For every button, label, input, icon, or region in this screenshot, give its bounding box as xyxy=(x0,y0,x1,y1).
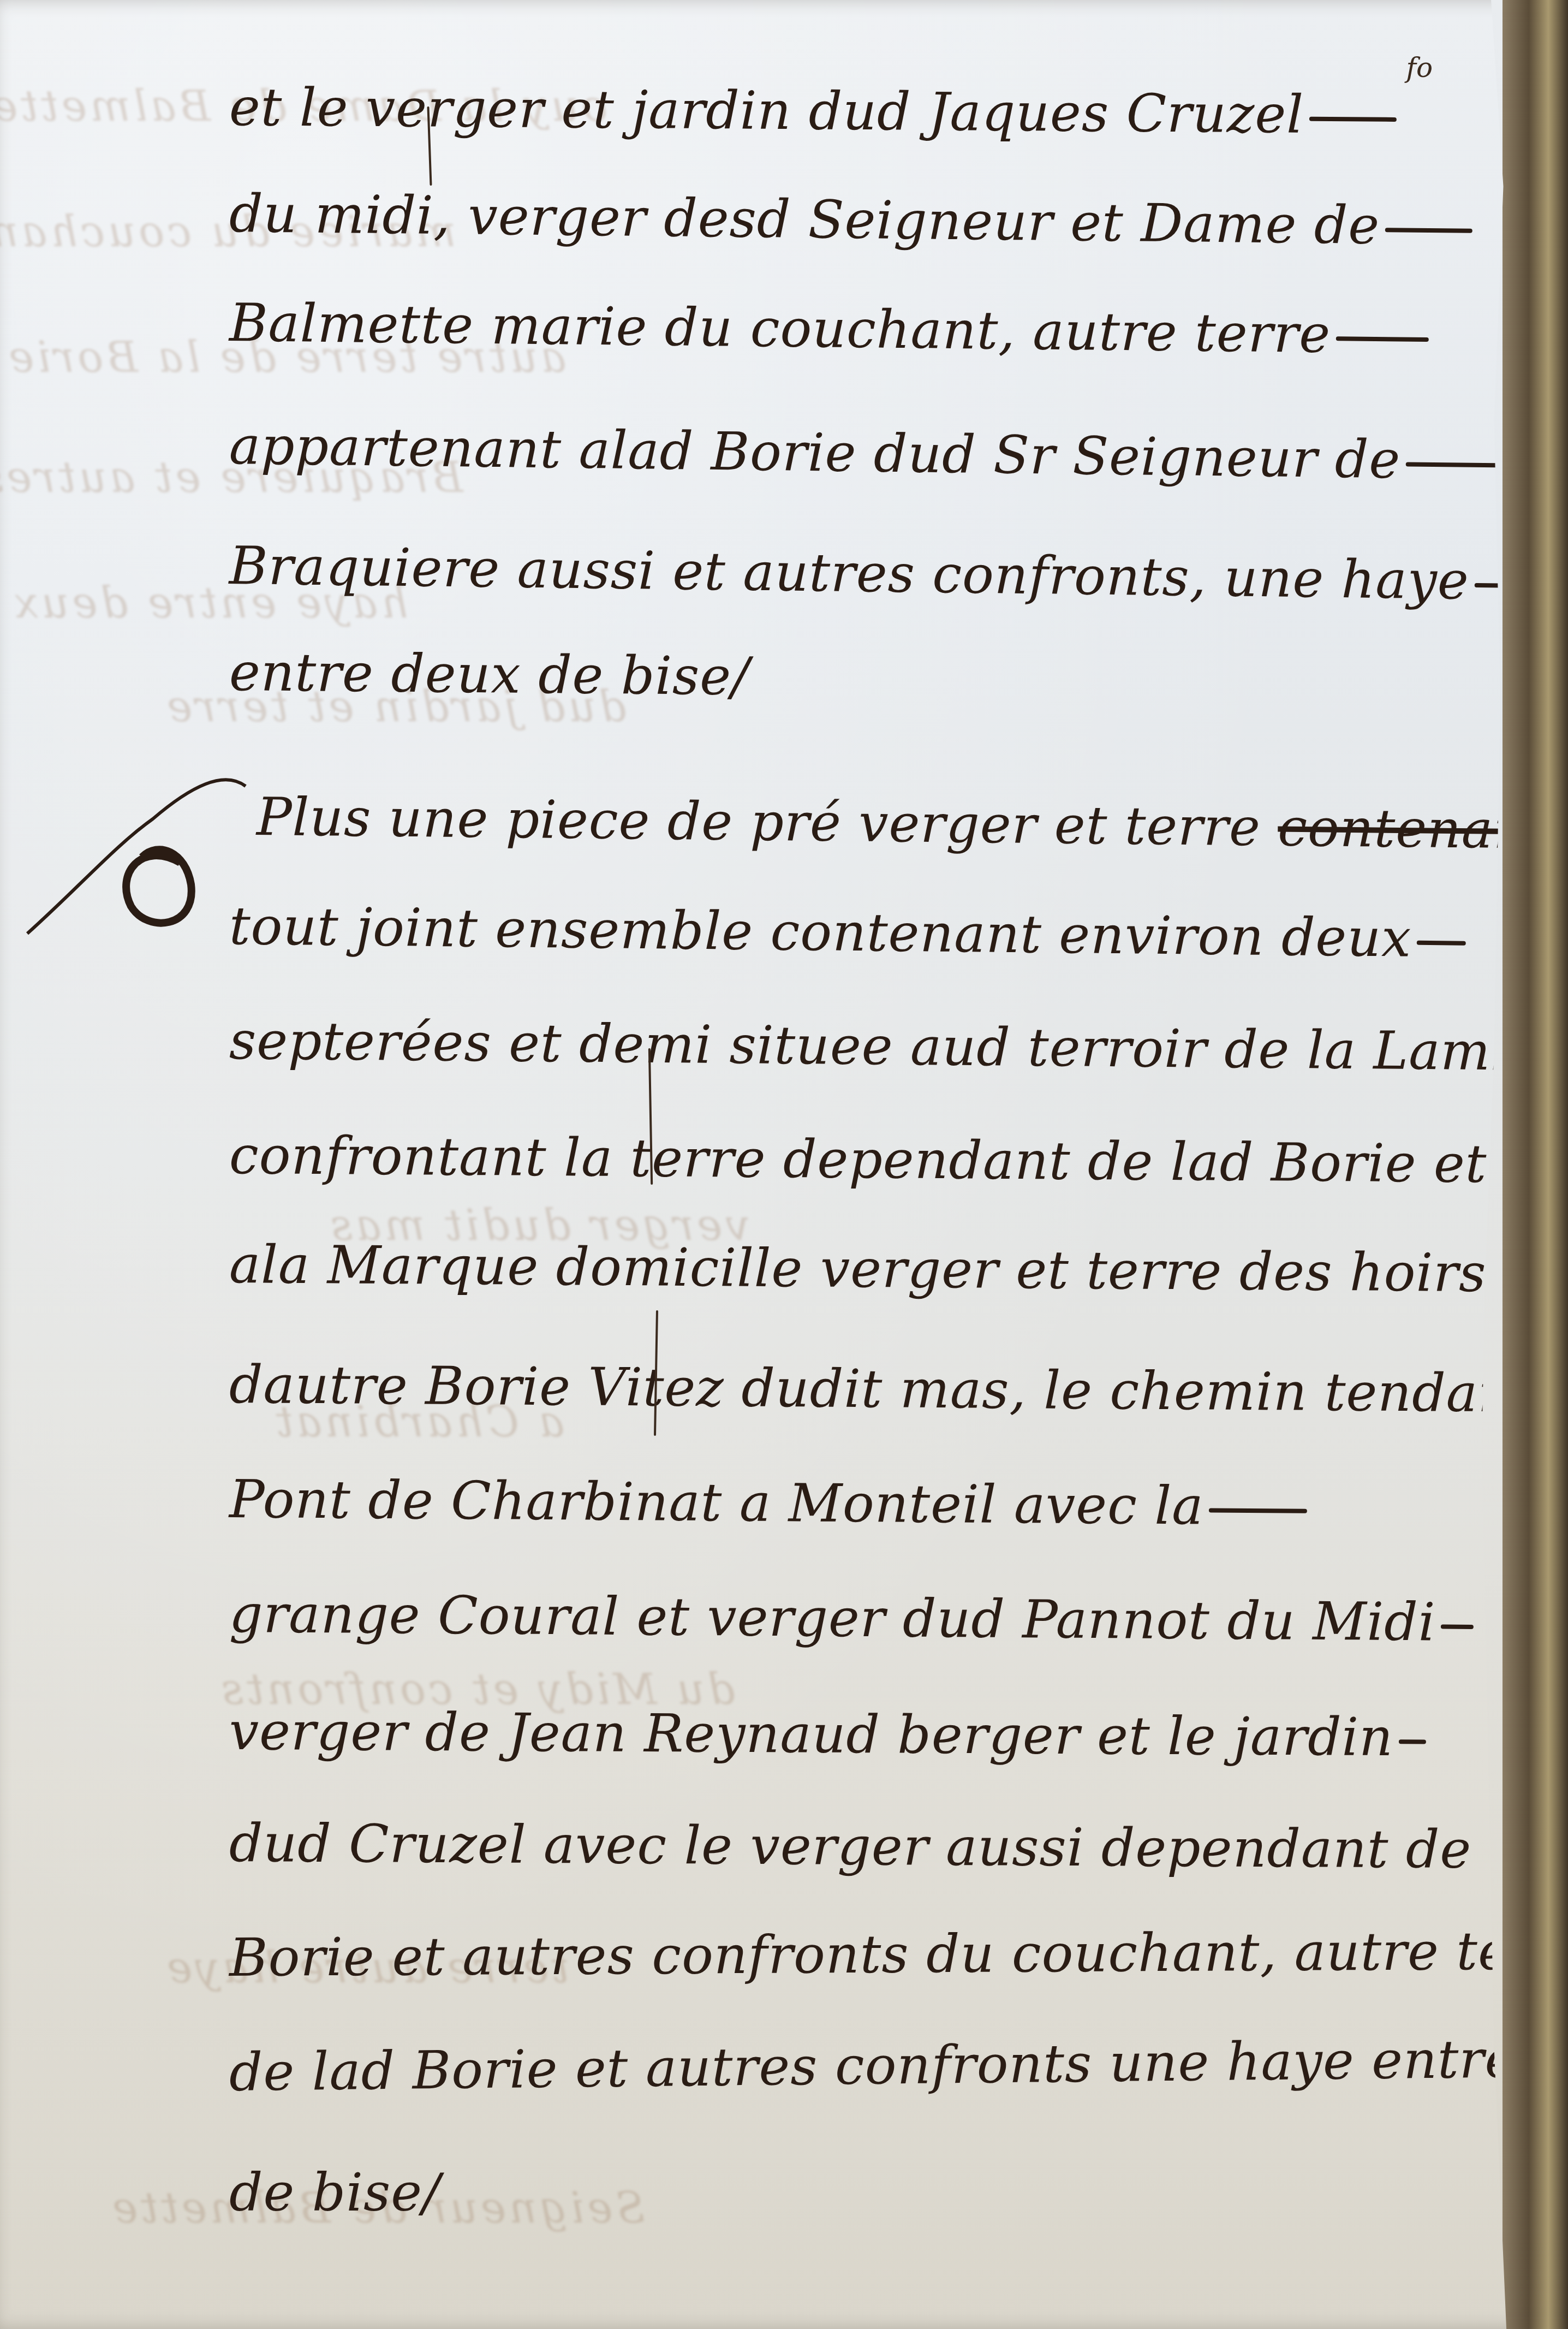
line-filler-stroke xyxy=(1209,1508,1307,1513)
text-line: entre deux de bise/ xyxy=(229,641,750,707)
text-line: Borie et autres confronts du couchant, a… xyxy=(229,1920,1568,1988)
text-line: dud Cruzel avec le verger aussi dependan… xyxy=(229,1813,1568,1881)
line-filler-stroke xyxy=(1309,117,1397,122)
text-line: ala Marque domicille verger et terre des… xyxy=(229,1234,1525,1304)
line-text: entre deux de bise/ xyxy=(229,641,750,707)
text-line: Plus une piece de pré verger et terre co… xyxy=(256,786,1568,862)
line-filler-stroke xyxy=(1441,1625,1474,1629)
line-text: et le verger et jardin dud Jaques Cruzel xyxy=(229,76,1304,145)
line-filler-stroke xyxy=(1399,1739,1426,1744)
line-text: tout joint ensemble contenant environ de… xyxy=(229,895,1411,969)
line-text: septerées et demi situee aud terroir de … xyxy=(229,1010,1568,1084)
text-line: verger de Jean Reynaud berger et le jard… xyxy=(229,1701,1427,1768)
line-text: de bise/ xyxy=(229,2162,440,2223)
manuscript-page: ouy la Dame de Balmette mariee du coucha… xyxy=(0,0,1531,2329)
text-line: dautre Borie Vitez dudit mas, le chemin … xyxy=(229,1354,1568,1425)
initial-letter: P xyxy=(256,786,293,848)
line-text: ala Marque domicille verger et terre des… xyxy=(229,1234,1487,1304)
text-line: et le verger et jardin dud Jaques Cruzel xyxy=(229,76,1397,146)
line-text: dud Cruzel avec le verger aussi dependan… xyxy=(229,1813,1568,1881)
line-text: de lad Borie et autres confronts une hay… xyxy=(229,2027,1568,2103)
line-text: lus une piece de pré verger et terre xyxy=(292,787,1261,858)
text-line: du midi, verger desd Seigneur et Dame de xyxy=(229,183,1472,257)
text-line: grange Coural et verger dud Pannot du Mi… xyxy=(229,1583,1474,1653)
line-filler-stroke xyxy=(1417,941,1466,946)
text-line: appartenant alad Borie dud Sr Seigneur d… xyxy=(229,415,1499,491)
line-text: appartenant alad Borie dud Sr Seigneur d… xyxy=(229,415,1401,490)
line-filler-stroke xyxy=(1336,336,1429,342)
line-text: confrontant la terre dependant de lad Bo… xyxy=(229,1125,1487,1195)
line-text: grange Coural et verger dud Pannot du Mi… xyxy=(229,1583,1436,1653)
line-filler-stroke xyxy=(1385,228,1472,233)
handwritten-text: et le verger et jardin dud Jaques Cruzel… xyxy=(0,0,1531,2329)
book-binding-edge xyxy=(1503,0,1568,2329)
text-line: de bise/ xyxy=(229,2162,440,2223)
text-line: confrontant la terre dependant de lad Bo… xyxy=(229,1125,1553,1195)
manuscript-photo: ouy la Dame de Balmette mariee du coucha… xyxy=(0,0,1568,2329)
line-text: verger de Jean Reynaud berger et le jard… xyxy=(229,1701,1394,1768)
text-line: Pont de Charbinat a Monteil avec la xyxy=(229,1469,1308,1537)
line-filler-stroke xyxy=(1406,462,1499,467)
line-text: Borie et autres confronts du couchant, a… xyxy=(229,1920,1568,1988)
text-line: de lad Borie et autres confronts une hay… xyxy=(229,2027,1568,2103)
line-text: Balmette marie du couchant, autre terre xyxy=(229,292,1331,365)
line-text: Pont de Charbinat a Monteil avec la xyxy=(229,1469,1204,1536)
line-text: du midi, verger desd Seigneur et Dame de xyxy=(229,183,1380,256)
text-line: Balmette marie du couchant, autre terre xyxy=(229,292,1429,366)
text-line: septerées et demi situee aud terroir de … xyxy=(229,1010,1568,1084)
text-line: tout joint ensemble contenant environ de… xyxy=(229,895,1466,970)
text-line: Braquiere aussi et autres confronts, une… xyxy=(229,535,1546,612)
line-text: Braquiere aussi et autres confronts, une… xyxy=(229,535,1469,611)
line-text: dautre Borie Vitez dudit mas, le chemin … xyxy=(229,1354,1568,1425)
